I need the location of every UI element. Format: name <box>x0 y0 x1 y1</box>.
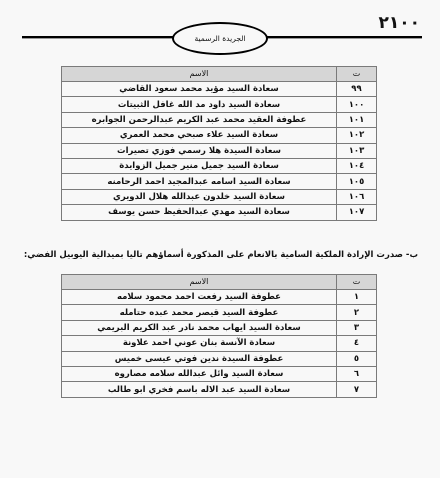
row-name: سعادة السيد مهدي عبدالحفيظ حسن يوسف <box>62 205 337 220</box>
column-header-name: الاسم <box>62 275 337 290</box>
row-name: سعادة السيد جميل منير جميل الزوايدة <box>62 158 337 173</box>
row-name: عطوفة العقيد محمد عبد الكريم عبدالرحمن ا… <box>62 112 337 127</box>
table-row: ١عطوفة السيد رفعت احمد محمود سلامه <box>62 290 377 305</box>
row-name: سعادة الآنسة بنان عوني احمد علاونة <box>62 336 337 351</box>
row-number: ٧ <box>337 382 377 397</box>
table-row: ١٠٢سعادة السيد علاء صبحي محمد العمري <box>62 128 377 143</box>
table-header-row: ت الاسم <box>62 67 377 82</box>
row-name: سعادة السيد عبد الاله باسم فخري ابو طالب <box>62 382 337 397</box>
row-name: عطوفة السيد رفعت احمد محمود سلامه <box>62 290 337 305</box>
column-header-number: ت <box>337 67 377 82</box>
table-row: ٦سعادة السيد وائل عبدالله سلامه مصاروه <box>62 366 377 381</box>
row-number: ١٠٣ <box>337 143 377 158</box>
table-row: ١٠١عطوفة العقيد محمد عبد الكريم عبدالرحم… <box>62 112 377 127</box>
row-number: ٤ <box>337 336 377 351</box>
row-number: ٩٩ <box>337 82 377 97</box>
row-name: سعادة السيد مؤيد محمد سعود القاضي <box>62 82 337 97</box>
row-name: سعادة السيد ايهاب محمد نادر عبد الكريم ا… <box>62 320 337 335</box>
table-row: ٢عطوفة السيد قيصر محمد عبده حتامله <box>62 305 377 320</box>
row-number: ١ <box>337 290 377 305</box>
row-number: ١٠١ <box>337 112 377 127</box>
publication-title: الجريدة الرسمية <box>194 34 245 43</box>
row-name: سعادة السيد وائل عبدالله سلامه مصاروه <box>62 366 337 381</box>
row-number: ١٠٧ <box>337 205 377 220</box>
honorees-table-b: ت الاسم ١عطوفة السيد رفعت احمد محمود سلا… <box>61 274 377 398</box>
table-row: ١٠٥سعادة السيد اسامه عبدالمجيد احمد الرح… <box>62 174 377 189</box>
row-number: ١٠٤ <box>337 158 377 173</box>
column-header-number: ت <box>337 275 377 290</box>
table-row: ١٠٣سعادة السيدة هلا رسمي فوزي تصيرات <box>62 143 377 158</box>
table-row: ٣سعادة السيد ايهاب محمد نادر عبد الكريم … <box>62 320 377 335</box>
column-header-name: الاسم <box>62 67 337 82</box>
row-name: عطوفة السيدة ندين فوتي عيسى خميس <box>62 351 337 366</box>
table-row: ٥عطوفة السيدة ندين فوتي عيسى خميس <box>62 351 377 366</box>
row-number: ٣ <box>337 320 377 335</box>
row-name: سعادة السيدة هلا رسمي فوزي تصيرات <box>62 143 337 158</box>
row-number: ٥ <box>337 351 377 366</box>
row-number: ٢ <box>337 305 377 320</box>
row-number: ١٠٢ <box>337 128 377 143</box>
row-name: سعادة السيد علاء صبحي محمد العمري <box>62 128 337 143</box>
row-number: ٦ <box>337 366 377 381</box>
table-row: ١٠٤سعادة السيد جميل منير جميل الزوايدة <box>62 158 377 173</box>
section-b-heading: ب- صدرت الإرادة الملكية السامية بالانعام… <box>24 250 418 260</box>
row-name: عطوفة السيد قيصر محمد عبده حتامله <box>62 305 337 320</box>
table-row: ٧سعادة السيد عبد الاله باسم فخري ابو طال… <box>62 382 377 397</box>
row-number: ١٠٥ <box>337 174 377 189</box>
row-number: ١٠٦ <box>337 189 377 204</box>
row-name: سعادة السيد اسامه عبدالمجيد احمد الرحامن… <box>62 174 337 189</box>
publication-title-badge: الجريدة الرسمية <box>172 22 268 55</box>
page-number: ٢١٠٠ <box>378 13 420 33</box>
table-row: ١٠٦سعادة السيد خلدون عبدالله هلال الدوير… <box>62 189 377 204</box>
table-header-row: ت الاسم <box>62 275 377 290</box>
row-name: سعادة السيد خلدون عبدالله هلال الدويري <box>62 189 337 204</box>
table-row: ١٠٠سعادة السيد داود مد الله غافل الثبيتا… <box>62 97 377 112</box>
table-row: ٩٩سعادة السيد مؤيد محمد سعود القاضي <box>62 82 377 97</box>
row-name: سعادة السيد داود مد الله غافل الثبيتات <box>62 97 337 112</box>
table-row: ١٠٧سعادة السيد مهدي عبدالحفيظ حسن يوسف <box>62 205 377 220</box>
row-number: ١٠٠ <box>337 97 377 112</box>
honorees-table-a: ت الاسم ٩٩سعادة السيد مؤيد محمد سعود الق… <box>61 66 377 221</box>
table-row: ٤سعادة الآنسة بنان عوني احمد علاونة <box>62 336 377 351</box>
